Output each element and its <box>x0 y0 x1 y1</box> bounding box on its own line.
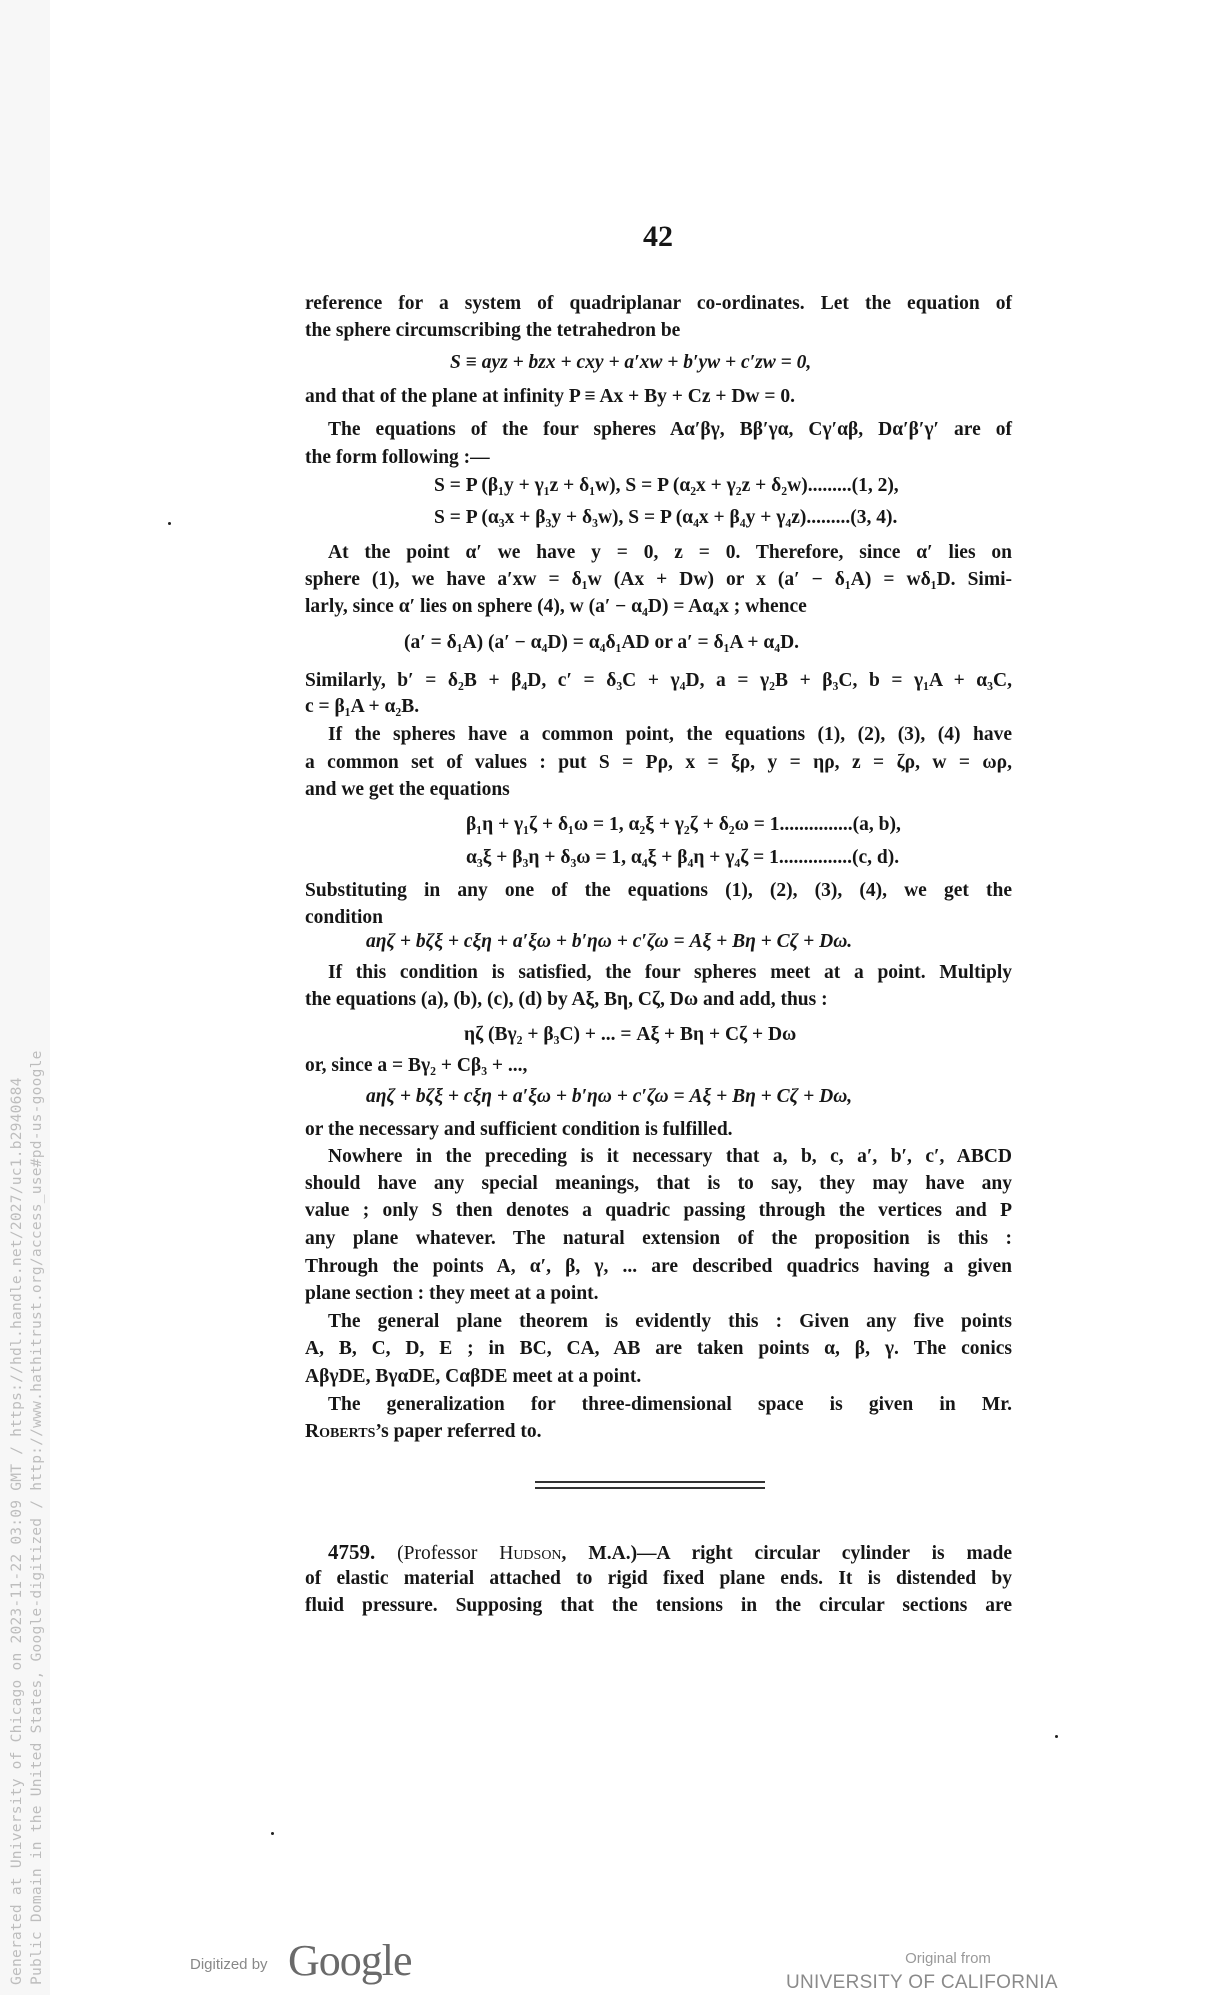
text-fragment: (Professor <box>397 1543 499 1564</box>
paragraph-line: Roberts’s paper referred to. <box>305 1419 1012 1445</box>
paragraph-line: Nowhere in the preceding is it necessary… <box>328 1144 1012 1170</box>
text-fragment: , M.A.)—A right circular cylinder is mad… <box>562 1543 1012 1564</box>
paragraph-line: and that of the plane at infinity P ≡ Ax… <box>305 384 1012 410</box>
watermark-line-2: Public Domain in the United States, Goog… <box>28 1050 45 1985</box>
paragraph-line: the form following :— <box>305 445 1012 471</box>
paragraph-line: c = β₁A + α₂B. <box>305 694 1012 720</box>
paragraph-line: AβγDE, BγαDE, CαβDE meet at a point. <box>305 1364 1012 1390</box>
original-from-label: Original from <box>848 1950 1048 1967</box>
paragraph-line: The general plane theorem is evidently t… <box>328 1309 1012 1335</box>
equation-alpha-prime: (a′ = δ₁A) (a′ − α₄D) = α₄δ₁AD or a′ = δ… <box>404 630 799 656</box>
paragraph-line: value ; only S then denotes a quadric pa… <box>305 1198 1012 1224</box>
paragraph-line: condition <box>305 905 1012 931</box>
equation-a-b: β₁η + γ₁ζ + δ₁ω = 1, α₂ξ + γ₂ζ + δ₂ω = 1… <box>466 812 901 838</box>
paragraph-line: The equations of the four spheres Aα′βγ,… <box>328 417 1012 443</box>
scan-speck <box>168 522 171 525</box>
paragraph-line: If the spheres have a common point, the … <box>328 722 1012 748</box>
page-number: 42 <box>628 220 688 254</box>
paragraph-line: If this condition is satisfied, the four… <box>328 960 1012 986</box>
paragraph-line: Through the points A, α′, β, γ, ... are … <box>305 1254 1012 1280</box>
equation-condition-2: aηζ + bζξ + cξη + a′ξω + b′ηω + c′ζω = A… <box>366 1084 852 1110</box>
equation-c-d: α₃ξ + β₃η + δ₃ω = 1, α₄ξ + β₄η + γ₄ζ = 1… <box>466 845 899 871</box>
paragraph-line: the equations (a), (b), (c), (d) by Aξ, … <box>305 987 1012 1013</box>
paragraph-line: plane section : they meet at a point. <box>305 1281 1012 1307</box>
paragraph-line: should have any special meanings, that i… <box>305 1171 1012 1197</box>
scan-speck <box>271 1832 274 1835</box>
equation-multiply: ηζ (Bγ₂ + β₃C) + ... = Aξ + Bη + Cζ + Dω <box>464 1022 796 1048</box>
watermark-line-1: Generated at University of Chicago on 20… <box>8 1077 25 1985</box>
paragraph-line: or the necessary and sufficient conditio… <box>305 1117 1012 1143</box>
equation-spheres-3-4: S = P (α₃x + β₃y + δ₃w), S = P (α₄x + β₄… <box>434 505 897 531</box>
paragraph-line: A, B, C, D, E ; in BC, CA, AB are taken … <box>305 1336 1012 1362</box>
author-name-roberts: Roberts <box>305 1421 375 1442</box>
paragraph-line: fluid pressure. Supposing that the tensi… <box>305 1593 1012 1619</box>
section-divider-top <box>535 1481 765 1483</box>
paragraph-line: of elastic material attached to rigid fi… <box>305 1566 1012 1592</box>
question-intro-line: 4759. (Professor Hudson, M.A.)—A right c… <box>328 1539 1012 1567</box>
section-divider-bottom <box>535 1487 765 1489</box>
scan-speck <box>1055 1735 1058 1738</box>
paragraph-line: Substituting in any one of the equations… <box>305 878 1012 904</box>
paragraph-line: At the point α′ we have y = 0, z = 0. Th… <box>328 540 1012 566</box>
paragraph-line: any plane whatever. The natural extensio… <box>305 1226 1012 1252</box>
paragraph-line: reference for a system of quadriplanar c… <box>305 291 1012 317</box>
author-name-hudson: Hudson <box>499 1543 561 1564</box>
paragraph-line: sphere (1), we have a′xw = δ₁w (Ax + Dw)… <box>305 567 1012 593</box>
paragraph-line: Similarly, b′ = δ₂B + β₄D, c′ = δ₃C + γ₄… <box>305 668 1012 694</box>
equation-condition: aηζ + bζξ + cξη + a′ξω + b′ηω + c′ζω = A… <box>366 929 852 955</box>
paragraph-line: and we get the equations <box>305 777 1012 803</box>
paragraph-line: larly, since α′ lies on sphere (4), w (a… <box>305 594 1012 620</box>
paragraph-line: the sphere circumscribing the tetrahedro… <box>305 318 1012 344</box>
institution-label: UNIVERSITY OF CALIFORNIA <box>786 1972 1058 1994</box>
equation-sphere: S ≡ ayz + bzx + cxy + a′xw + b′yw + c′zw… <box>450 350 811 376</box>
question-number: 4759. <box>328 1540 375 1564</box>
google-logo: Google <box>288 1935 412 1986</box>
paragraph-line: The generalization for three-dimensional… <box>328 1392 1012 1418</box>
paragraph-line: or, since a = Bγ₂ + Cβ₃ + ..., <box>305 1053 1012 1079</box>
paragraph-line: a common set of values : put S = Pρ, x =… <box>305 750 1012 776</box>
text-fragment: ’s paper referred to. <box>375 1421 541 1442</box>
digitized-by-label: Digitized by <box>190 1956 268 1973</box>
equation-spheres-1-2: S = P (β₁y + γ₁z + δ₁w), S = P (α₂x + γ₂… <box>434 473 899 499</box>
